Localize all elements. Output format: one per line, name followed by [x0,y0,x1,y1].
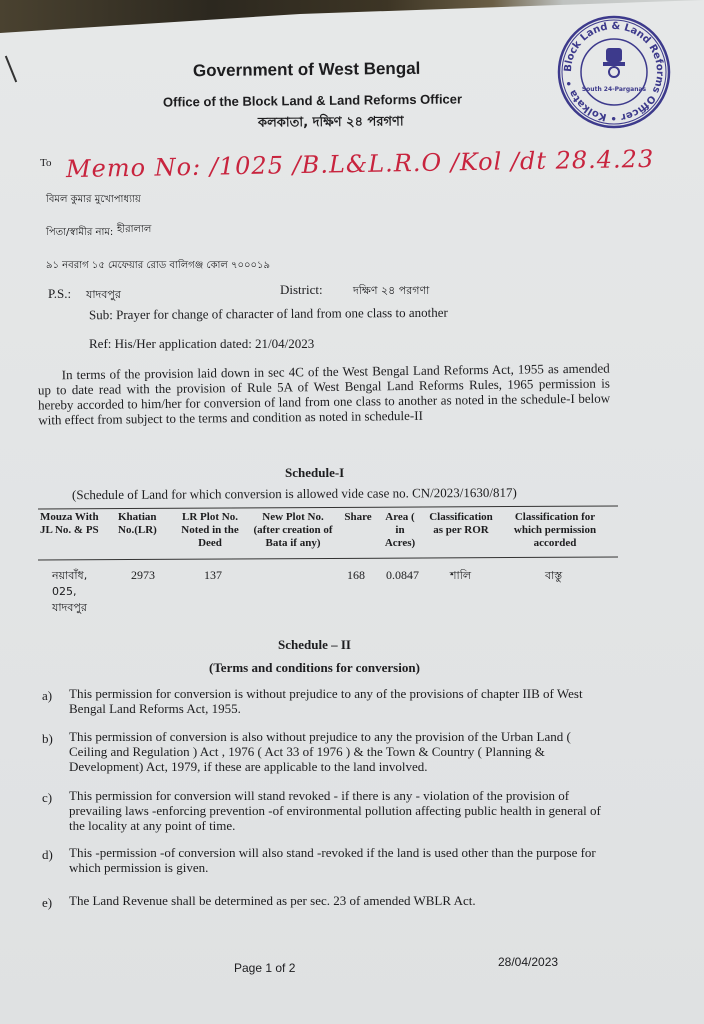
document-page: Government of West Bengal Office of the … [0,0,704,1024]
mouza-jl-no: 025, [52,584,112,600]
term-item: b) This permission of conversion is also… [42,729,612,777]
term-label: b) [42,731,53,746]
term-item: d) This -permission -of conversion will … [42,845,612,879]
table-top-rule [38,505,618,509]
column-header-class-permitted: Classification for which permission acco… [503,511,607,550]
column-header-share: Share [338,511,378,524]
term-label: e) [42,895,52,910]
mouza-ps: যাদবপুর [52,600,112,616]
mouza-name: নয়াবাঁধ, [52,568,112,584]
handwritten-memo-number: Memo No: /1025 /B.L&L.R.O /Kol /dt 28.4.… [66,145,655,183]
schedule-2-subtitle: (Terms and conditions for conversion) [209,660,420,676]
body-paragraph-text: In terms of the provision laid down in s… [38,361,611,428]
term-text: This permission of conversion is also wi… [69,729,609,774]
table-cell-class-ror: শালি [450,568,471,584]
body-paragraph: In terms of the provision laid down in s… [38,361,611,428]
district-label: District: [280,282,323,298]
term-label: a) [42,688,52,703]
table-cell-class-permitted: বাস্তু [545,568,562,584]
column-header-area: Area ( in Acres) [382,511,418,550]
official-stamp: Block Land & Land Reforms Officer • Kolk… [556,14,672,130]
column-header-lr-plot: LR Plot No. Noted in the Deed [176,511,244,550]
column-header-class-ror: Classification as per ROR [424,511,498,537]
to-label: To [40,157,51,169]
table-cell-lr-plot: 137 [204,568,222,583]
stamp-seal-icon: Block Land & Land Reforms Officer • Kolk… [556,14,672,130]
recipient-name: বিমল কুমার মুখোপাধ্যায় [46,192,141,209]
table-cell-share: 168 [347,568,365,583]
footer-date: 28/04/2023 [498,955,558,969]
office-name: Office of the Block Land & Land Reforms … [163,91,462,109]
subject-line: Sub: Prayer for change of character of l… [89,305,448,324]
ps-value: যাদবপুর [86,286,121,305]
district-value: দক্ষিণ ২৪ পরগণা [353,282,429,301]
term-label: d) [42,847,53,862]
recipient-address: ৯১ নবরাগ ১৫ মেফেয়ার রোড বালিগঞ্জ কোল ৭০… [46,258,270,275]
svg-text:Block Land & Land Reforms Offi: Block Land & Land Reforms Officer • Kolk… [563,21,665,123]
pen-tick-mark [5,56,17,83]
term-item: c) This permission for conversion will s… [42,788,612,836]
column-header-khatian: Khatian No.(LR) [118,511,170,537]
term-text: This permission for conversion is withou… [69,686,609,716]
document-title: Government of West Bengal [193,59,421,81]
schedule-1-title: Schedule-I [285,465,344,481]
term-text: This permission for conversion will stan… [69,788,609,833]
schedule-2-title: Schedule – II [278,637,351,653]
table-cell-mouza: নয়াবাঁধ, 025, যাদবপুর [52,568,112,616]
column-header-mouza: Mouza With JL No. & PS [40,511,112,537]
term-item: e) The Land Revenue shall be determined … [42,893,612,913]
term-item: a) This permission for conversion is wit… [42,686,612,720]
table-header-rule [38,556,618,560]
father-name-value: হীরালাল [117,222,151,239]
father-name-label: পিতা/স্বামীর নাম: [46,225,113,242]
term-text: The Land Revenue shall be determined as … [69,893,609,908]
page-number: Page 1 of 2 [234,961,295,975]
term-label: c) [42,790,52,805]
term-text: This -permission -of conversion will als… [69,845,609,875]
reference-line: Ref: His/Her application dated: 21/04/20… [89,336,314,352]
table-cell-area: 0.0847 [386,568,419,583]
office-location: কলকাতা, দক্ষিণ ২৪ পরগণা [258,112,404,134]
schedule-1-subtitle: (Schedule of Land for which conversion i… [72,485,517,503]
svg-text:South 24-Parganas: South 24-Parganas [582,86,647,93]
table-cell-khatian: 2973 [131,568,155,583]
column-header-new-plot: New Plot No. (after creation of Bata if … [252,511,334,550]
ps-label: P.S.: [48,286,71,302]
